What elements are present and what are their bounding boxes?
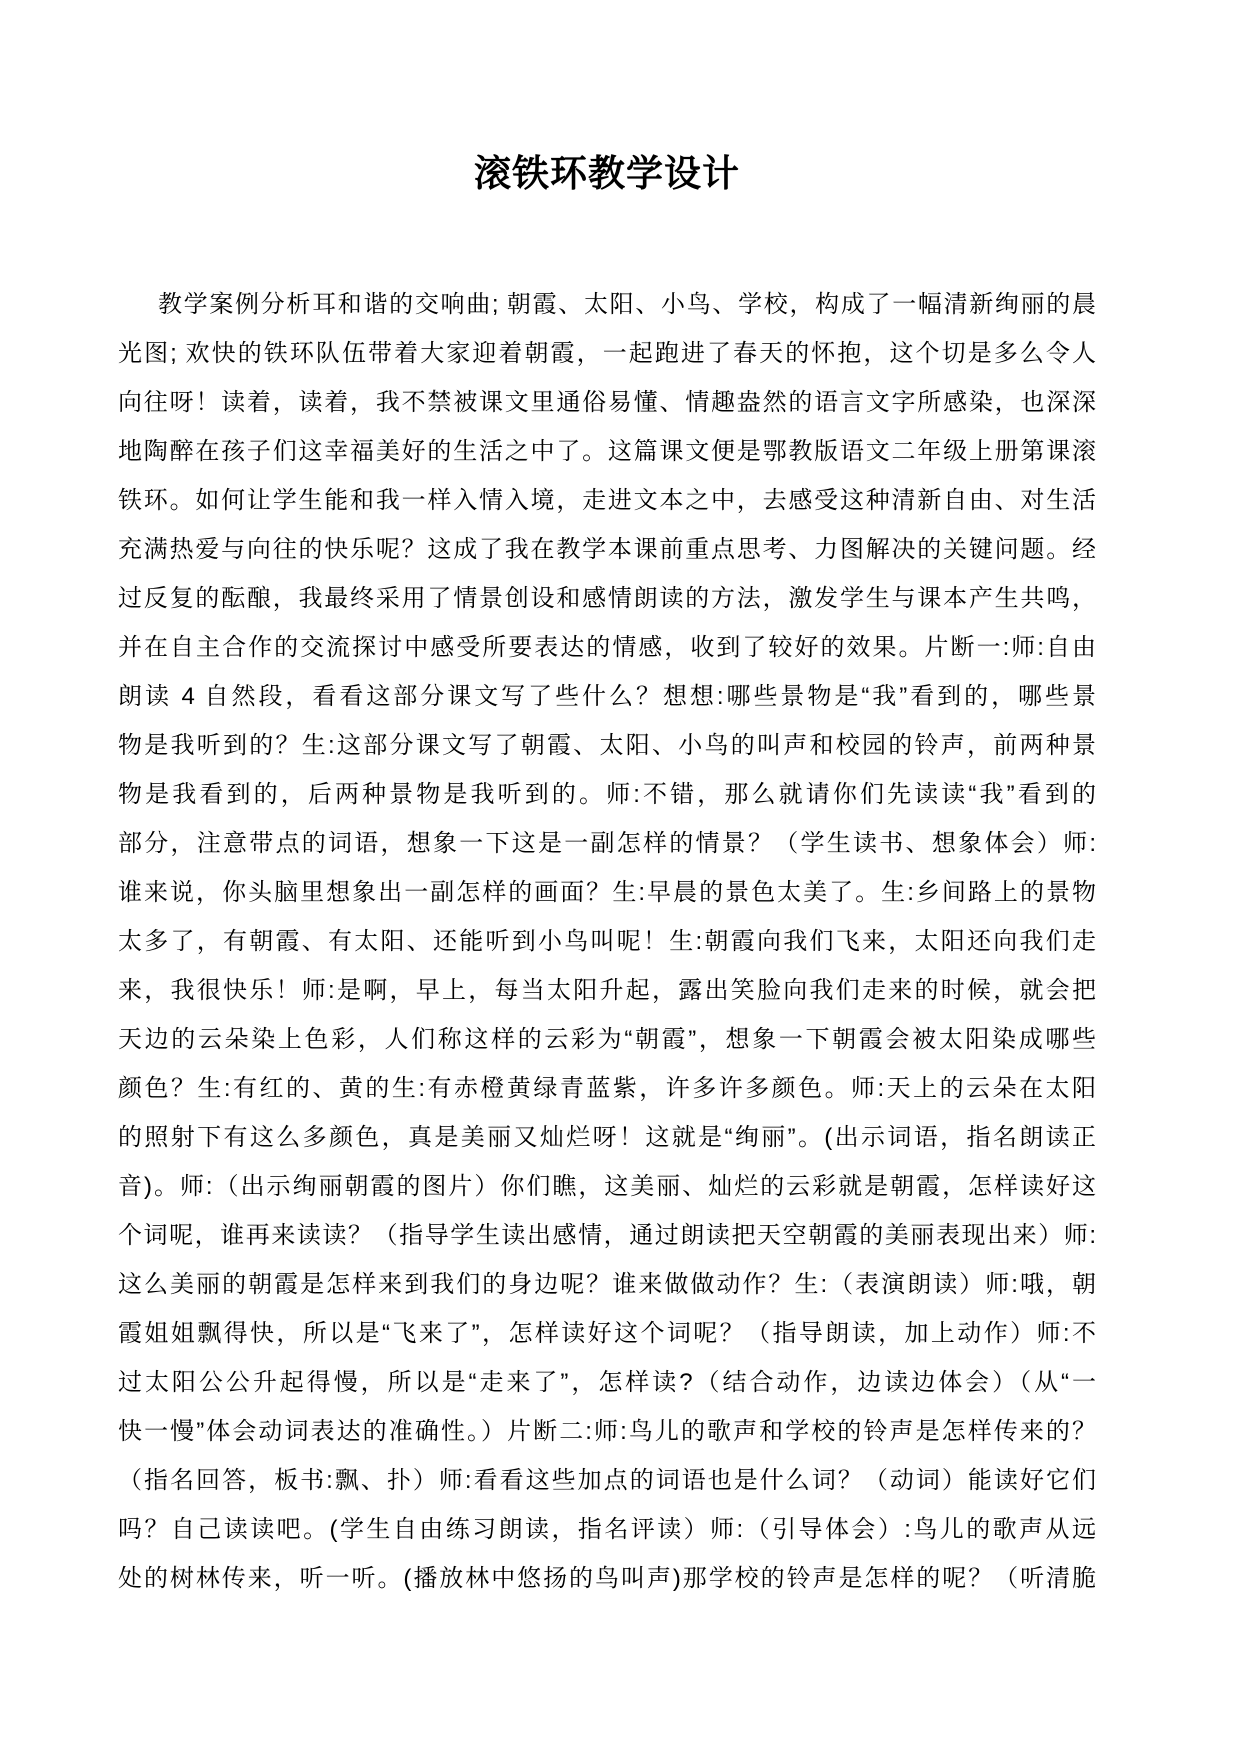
paragraph-line: 铁环。如何让学生能和我一样入情入境，走进文本之中，去感受这种清新自由、对生活 xyxy=(118,476,1096,525)
paragraph-line: 处的树林传来，听一听。(播放林中悠扬的鸟叫声)那学校的铃声是怎样的呢？（听清脆 xyxy=(118,1554,1096,1603)
paragraph-line: 颜色？生:有红的、黄的生:有赤橙黄绿青蓝紫，许多许多颜色。师:天上的云朵在太阳 xyxy=(118,1064,1096,1113)
paragraph-line: 光图; 欢快的铁环队伍带着大家迎着朝霞，一起跑进了春天的怀抱，这个切是多么令人 xyxy=(118,329,1096,378)
paragraph-line: 个词呢，谁再来读读？（指导学生读出感情，通过朗读把天空朝霞的美丽表现出来）师: xyxy=(118,1211,1096,1260)
document-page: 滚铁环教学设计 教学案例分析耳和谐的交响曲; 朝霞、太阳、小鸟、学校，构成了一幅… xyxy=(0,0,1241,1754)
paragraph-line: 这么美丽的朝霞是怎样来到我们的身边呢？谁来做做动作？生:（表演朗读）师:哦，朝 xyxy=(118,1260,1096,1309)
paragraph-line: 吗？自己读读吧。(学生自由练习朗读，指名评读）师:（引导体会）:鸟儿的歌声从远 xyxy=(118,1505,1096,1554)
paragraph-line: 部分，注意带点的词语，想象一下这是一副怎样的情景？（学生读书、想象体会）师: xyxy=(118,819,1096,868)
paragraph-line: 天边的云朵染上色彩，人们称这样的云彩为“朝霞”，想象一下朝霞会被太阳染成哪些 xyxy=(118,1015,1096,1064)
paragraph-line: 过反复的酝酿，我最终采用了情景创设和感情朗读的方法，激发学生与课本产生共鸣， xyxy=(118,574,1096,623)
paragraph-line: （指名回答，板书:飘、扑）师:看看这些加点的词语也是什么词？（动词）能读好它们 xyxy=(118,1456,1096,1505)
paragraph-line: 谁来说，你头脑里想象出一副怎样的画面？生:早晨的景色太美了。生:乡间路上的景物 xyxy=(118,868,1096,917)
paragraph-line: 充满热爱与向往的快乐呢？这成了我在教学本课前重点思考、力图解决的关键问题。经 xyxy=(118,525,1096,574)
paragraph-line: 音)。师:（出示绚丽朝霞的图片）你们瞧，这美丽、灿烂的云彩就是朝霞，怎样读好这 xyxy=(118,1162,1096,1211)
paragraph-line: 教学案例分析耳和谐的交响曲; 朝霞、太阳、小鸟、学校，构成了一幅清新绚丽的晨 xyxy=(118,280,1096,329)
paragraph-line: 地陶醉在孩子们这幸福美好的生活之中了。这篇课文便是鄂教版语文二年级上册第课滚 xyxy=(118,427,1096,476)
paragraph-line: 的照射下有这么多颜色，真是美丽又灿烂呀！这就是“绚丽”。(出示词语，指名朗读正 xyxy=(118,1113,1096,1162)
page-content: 滚铁环教学设计 教学案例分析耳和谐的交响曲; 朝霞、太阳、小鸟、学校，构成了一幅… xyxy=(118,152,1096,1603)
paragraph-line: 太多了，有朝霞、有太阳、还能听到小鸟叫呢！生:朝霞向我们飞来，太阳还向我们走 xyxy=(118,917,1096,966)
document-title: 滚铁环教学设计 xyxy=(118,152,1096,196)
paragraph-line: 来，我很快乐！师:是啊，早上，每当太阳升起，露出笑脸向我们走来的时候，就会把 xyxy=(118,966,1096,1015)
paragraph-line: 霞姐姐飘得快，所以是“飞来了”，怎样读好这个词呢？（指导朗读，加上动作）师:不 xyxy=(118,1309,1096,1358)
paragraph-line: 快一慢”体会动词表达的准确性。）片断二:师:鸟儿的歌声和学校的铃声是怎样传来的？ xyxy=(118,1407,1096,1456)
paragraph-line: 过太阳公公升起得慢，所以是“走来了”，怎样读?（结合动作，边读边体会）（从“一 xyxy=(118,1358,1096,1407)
paragraph: 教学案例分析耳和谐的交响曲; 朝霞、太阳、小鸟、学校，构成了一幅清新绚丽的晨光图… xyxy=(118,280,1096,1603)
paragraph-line: 向往呀！读着，读着，我不禁被课文里通俗易懂、情趣盎然的语言文字所感染，也深深 xyxy=(118,378,1096,427)
paragraph-line: 并在自主合作的交流探讨中感受所要表达的情感，收到了较好的效果。片断一:师:自由 xyxy=(118,623,1096,672)
paragraph-line: 物是我听到的？生:这部分课文写了朝霞、太阳、小鸟的叫声和校园的铃声，前两种景 xyxy=(118,721,1096,770)
paragraph-line: 物是我看到的，后两种景物是我听到的。师:不错，那么就请你们先读读“我”看到的 xyxy=(118,770,1096,819)
paragraph-line: 朗读 4 自然段，看看这部分课文写了些什么？想想:哪些景物是“我”看到的，哪些景 xyxy=(118,672,1096,721)
